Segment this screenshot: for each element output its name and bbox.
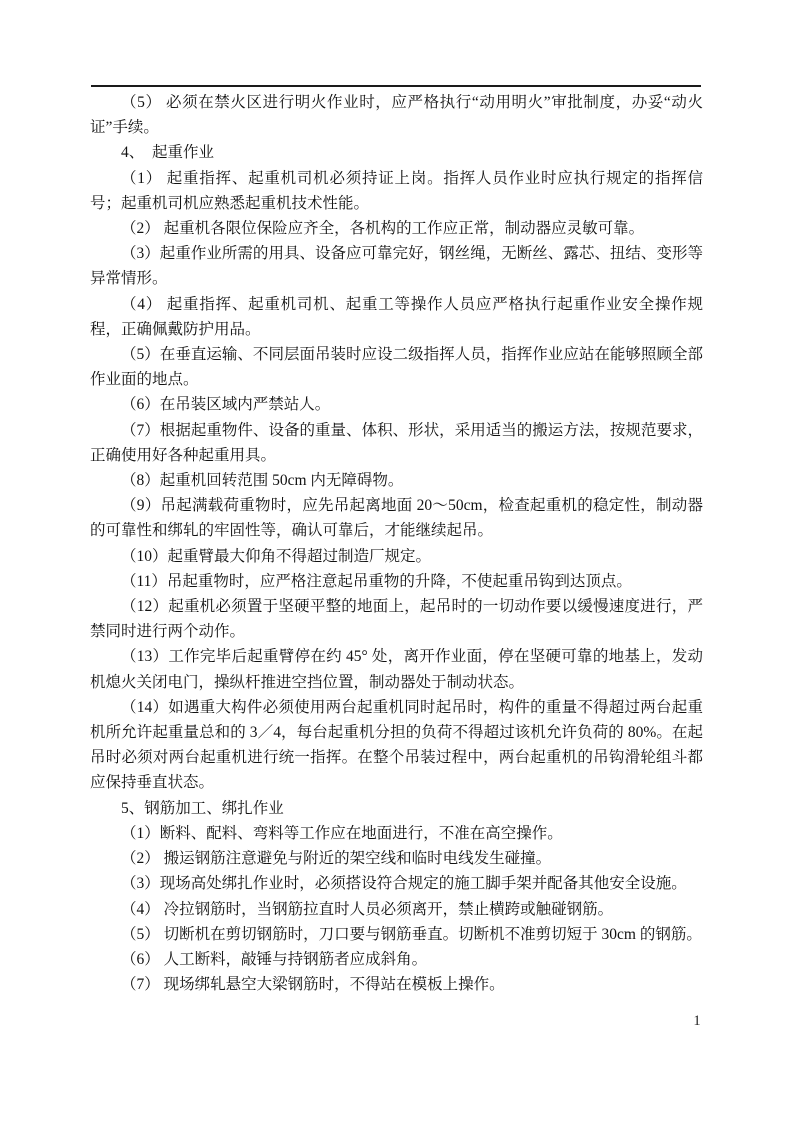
paragraph: （7）根据起重物件、设备的重量、体积、形状，采用适当的搬运方法，按规范要求，正确… <box>90 418 703 468</box>
page-number: 1 <box>688 1012 706 1030</box>
paragraph: （5） 必须在禁火区进行明火作业时，应严格执行“动用明火”审批制度，办妥“动火证… <box>90 90 703 140</box>
paragraph: （1） 起重指挥、起重机司机必须持证上岗。指挥人员作业时应执行规定的指挥信号；起… <box>90 166 703 216</box>
paragraph: （12）起重机必须置于坚硬平整的地面上，起吊时的一切动作要以缓慢速度进行，严禁同… <box>90 594 703 644</box>
paragraph: （3）现场高处绑扎作业时，必须搭设符合规定的施工脚手架并配备其他安全设施。 <box>90 871 703 896</box>
paragraph: （5） 切断机在剪切钢筋时，刀口要与钢筋垂直。切断机不准剪切短于 30cm 的钢… <box>90 922 703 947</box>
paragraph: （3）起重作业所需的用具、设备应可靠完好，钢丝绳，无断丝、露芯、扭结、变形等异常… <box>90 241 703 291</box>
paragraph: （14）如遇重大构件必须使用两台起重机同时起吊时，构件的重量不得超过两台起重机所… <box>90 695 703 796</box>
paragraph: （11）吊起重物时，应严格注意起吊重物的升降，不使起重吊钩到达顶点。 <box>90 569 703 594</box>
document-page: （5） 必须在禁火区进行明火作业时，应严格执行“动用明火”审批制度，办妥“动火证… <box>0 0 793 1122</box>
paragraph: （8）起重机回转范围 50cm 内无障碍物。 <box>90 468 703 493</box>
paragraph: （2） 起重机各限位保险应齐全，各机构的工作应正常，制动器应灵敏可靠。 <box>90 216 703 241</box>
paragraph: （10）起重臂最大仰角不得超过制造厂规定。 <box>90 544 703 569</box>
header-rule-divider <box>91 85 701 87</box>
paragraph: （4） 冷拉钢筋时，当钢筋拉直时人员必须离开，禁止横跨或触碰钢筋。 <box>90 897 703 922</box>
paragraph: （7） 现场绑轧悬空大梁钢筋时，不得站在模板上操作。 <box>90 972 703 997</box>
paragraph: （4） 起重指挥、起重机司机、起重工等操作人员应严格执行起重作业安全操作规程，正… <box>90 292 703 342</box>
paragraph: （2） 搬运钢筋注意避免与附近的架空线和临时电线发生碰撞。 <box>90 846 703 871</box>
paragraph: （6） 人工断料，敲锤与持钢筋者应成斜角。 <box>90 947 703 972</box>
paragraph: （13）工作完毕后起重臂停在约 45° 处，离开作业面，停在坚硬可靠的地基上，发… <box>90 644 703 694</box>
section-heading-rebar-work: 5、钢筋加工、绑扎作业 <box>90 796 703 821</box>
paragraph: （9）吊起满载荷重物时，应先吊起离地面 20～50cm，检查起重机的稳定性，制动… <box>90 493 703 543</box>
paragraph: （6）在吊装区域内严禁站人。 <box>90 392 703 417</box>
paragraph: （1）断料、配料、弯料等工作应在地面进行，不准在高空操作。 <box>90 821 703 846</box>
document-body: （5） 必须在禁火区进行明火作业时，应严格执行“动用明火”审批制度，办妥“动火证… <box>90 90 703 997</box>
paragraph: （5）在垂直运输、不同层面吊装时应设二级指挥人员，指挥作业应站在能够照顾全部作业… <box>90 342 703 392</box>
section-heading-crane-work: 4、 起重作业 <box>90 140 703 165</box>
